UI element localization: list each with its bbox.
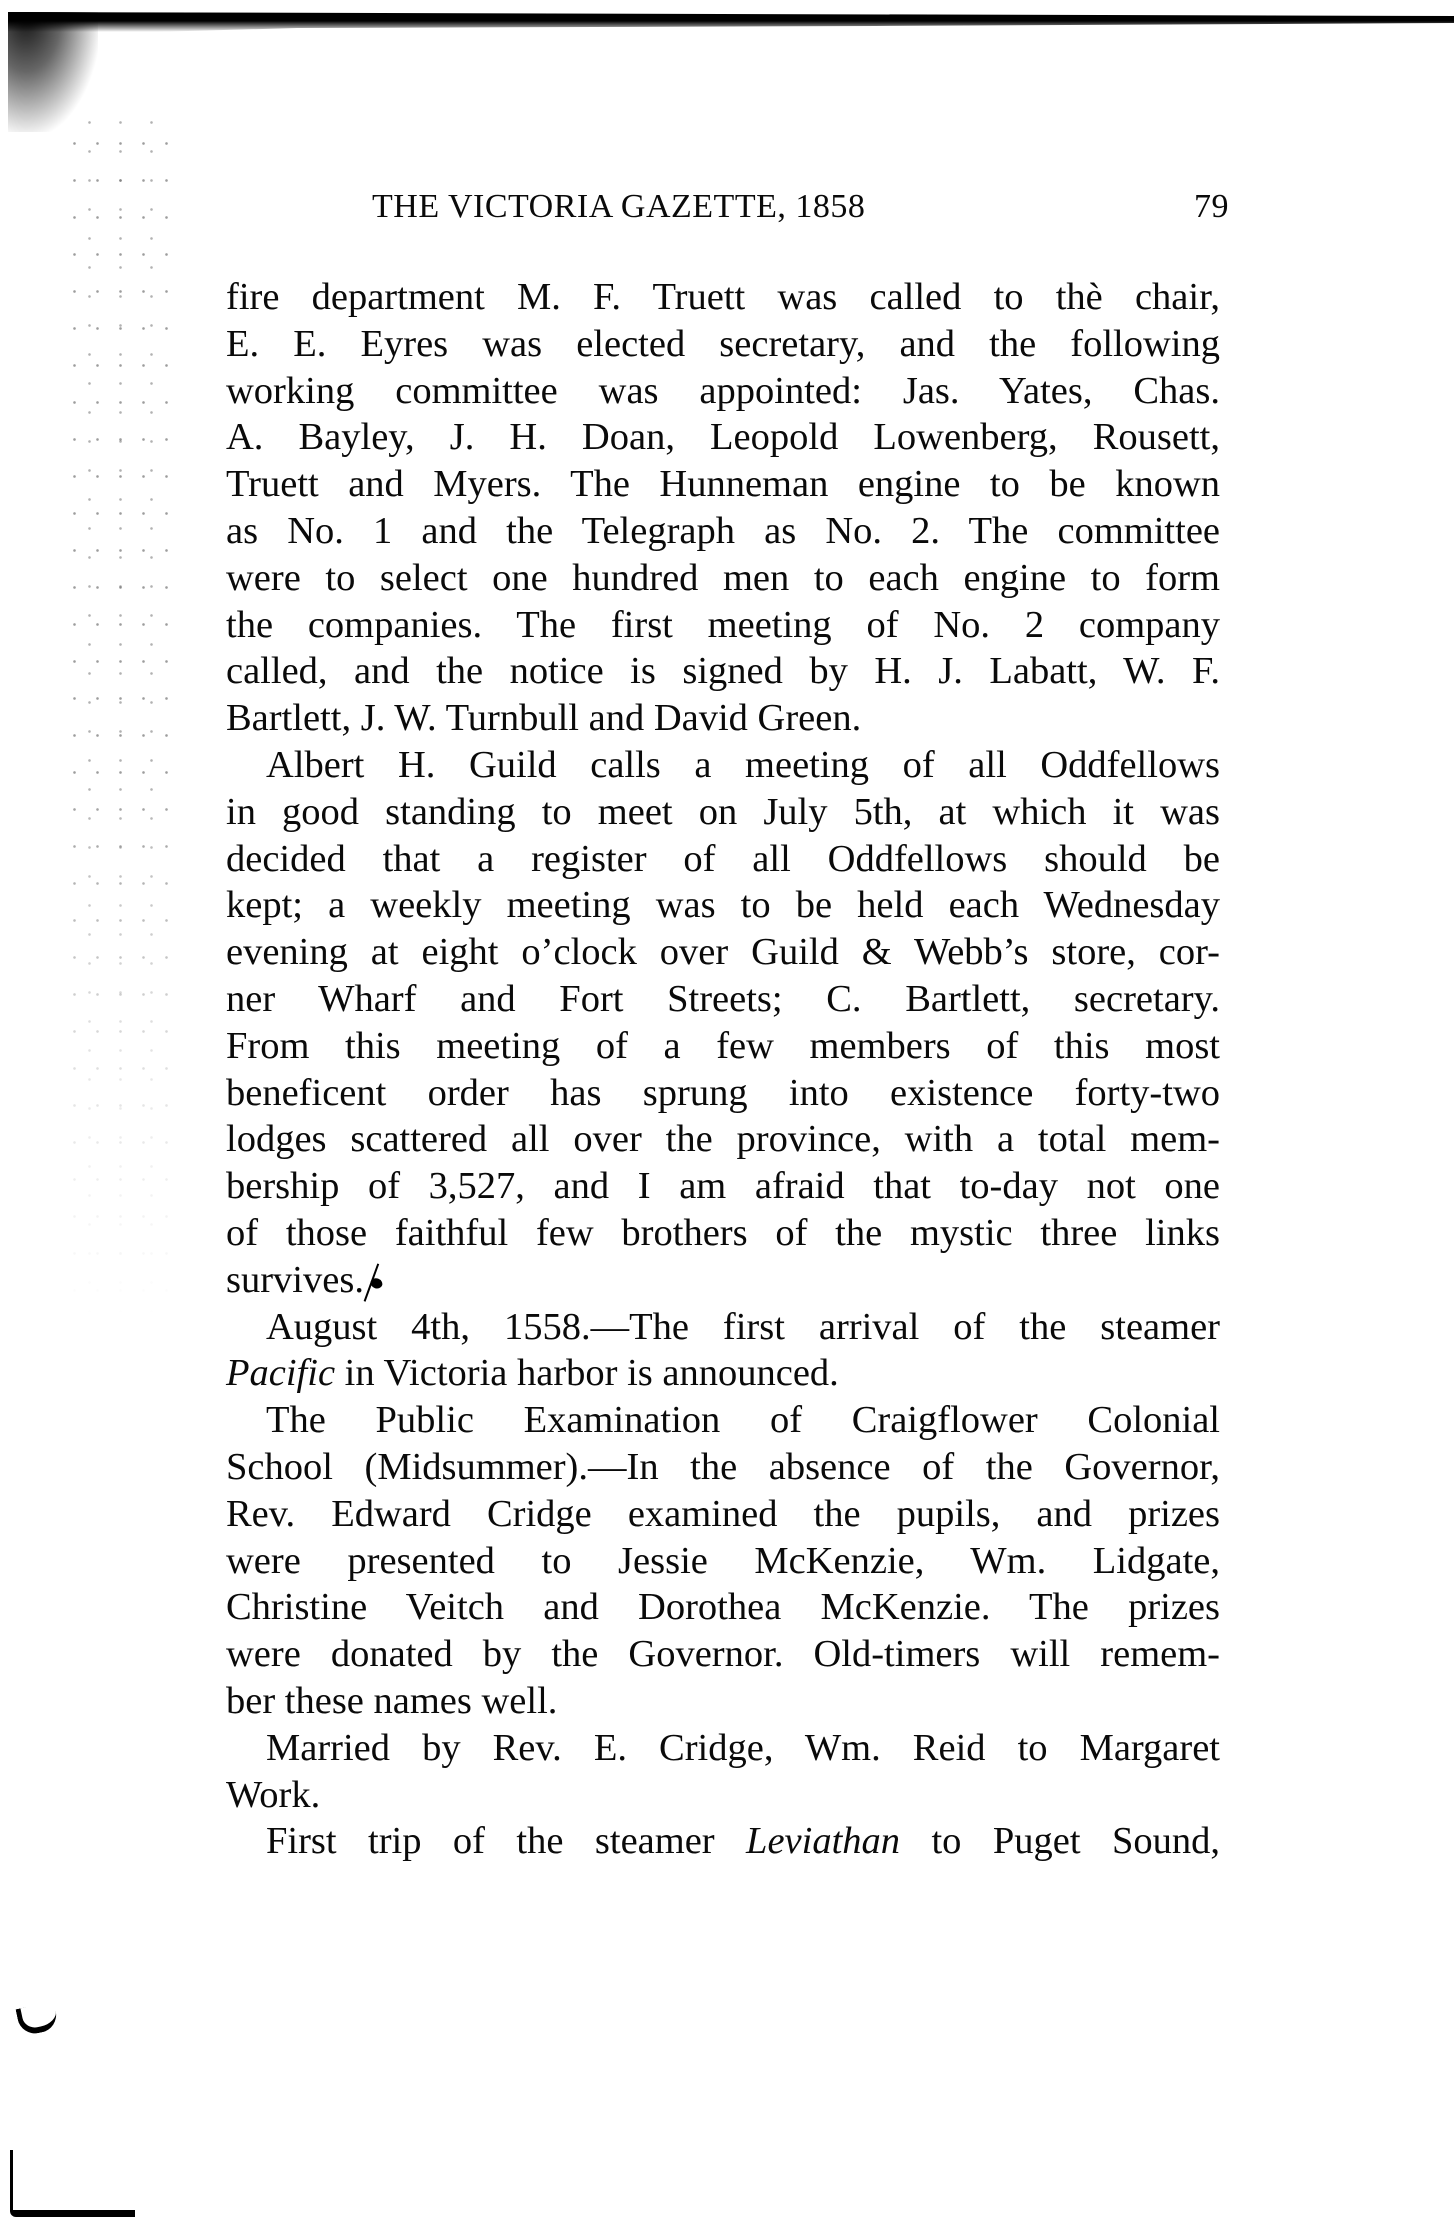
text-line: were to select one hundred men to each e…	[226, 555, 1220, 602]
text-line: ner Wharf and Fort Streets; C. Bartlett,…	[226, 976, 1220, 1023]
scan-corner-shadow	[8, 12, 98, 132]
text-line: decided that a register of all Oddfellow…	[226, 836, 1220, 883]
text-line: the companies. The first meeting of No. …	[226, 602, 1220, 649]
text-line: School (Midsummer).—In the absence of th…	[226, 1444, 1220, 1491]
running-header: THE VICTORIA GAZETTE, 1858 79	[372, 188, 1232, 232]
text-segment: Work.	[226, 1774, 320, 1816]
text-segment: to Puget Sound,	[900, 1820, 1220, 1862]
text-segment: First trip of the steamer	[266, 1820, 746, 1862]
scan-top-edge-shadow	[8, 12, 1454, 32]
text-segment: Bartlett, J. W. Turnbull and David Green…	[226, 697, 861, 739]
text-line: Christine Veitch and Dorothea McKenzie. …	[226, 1584, 1220, 1631]
text-line: fire department M. F. Truett was called …	[226, 274, 1220, 321]
text-segment: fire department M. F. Truett was called …	[226, 276, 1220, 318]
text-segment: ber these names well.	[226, 1680, 557, 1722]
running-title: THE VICTORIA GAZETTE, 1858	[372, 188, 865, 226]
text-line: of those faithful few brothers of the my…	[226, 1210, 1220, 1257]
text-line: Pacific in Victoria harbor is announced.	[226, 1350, 1220, 1397]
text-line: Married by Rev. E. Cridge, Wm. Reid to M…	[226, 1725, 1220, 1772]
text-line: in good standing to meet on July 5th, at…	[226, 789, 1220, 836]
text-line: called, and the notice is signed by H. J…	[226, 648, 1220, 695]
scan-ink-blot	[16, 2001, 60, 2036]
text-segment: The Public Examination of Craigflower Co…	[266, 1399, 1220, 1441]
text-segment: in Victoria harbor is announced.	[335, 1352, 839, 1394]
text-segment: evening at eight o’clock over Guild & We…	[226, 931, 1220, 973]
text-segment: August 4th, 1558.—The first arrival of t…	[266, 1306, 1220, 1348]
text-segment: called, and the notice is signed by H. J…	[226, 650, 1220, 692]
text-line: August 4th, 1558.—The first arrival of t…	[226, 1304, 1220, 1351]
text-segment: kept; a weekly meeting was to be held ea…	[226, 884, 1220, 926]
text-segment: in good standing to meet on July 5th, at…	[226, 791, 1220, 833]
text-segment: working committee was appointed: Jas. Ya…	[226, 370, 1220, 412]
text-line: survives.	[226, 1257, 1220, 1304]
text-segment: E. E. Eyres was elected secretary, and t…	[226, 323, 1220, 365]
text-line: Albert H. Guild calls a meeting of all O…	[226, 742, 1220, 789]
text-segment: From this meeting of a few members of th…	[226, 1025, 1220, 1067]
text-line: working committee was appointed: Jas. Ya…	[226, 368, 1220, 415]
text-segment: were presented to Jessie McKenzie, Wm. L…	[226, 1540, 1220, 1582]
text-line: Work.	[226, 1772, 1220, 1819]
text-line: as No. 1 and the Telegraph as No. 2. The…	[226, 508, 1220, 555]
text-line: Bartlett, J. W. Turnbull and David Green…	[226, 695, 1220, 742]
text-segment: were to select one hundred men to each e…	[226, 557, 1220, 599]
text-segment: survives.	[226, 1259, 364, 1301]
text-line: Rev. Edward Cridge examined the pupils, …	[226, 1491, 1220, 1538]
text-segment: Married by Rev. E. Cridge, Wm. Reid to M…	[266, 1727, 1220, 1769]
text-line: lodges scattered all over the province, …	[226, 1116, 1220, 1163]
text-line: were presented to Jessie McKenzie, Wm. L…	[226, 1538, 1220, 1585]
text-line: ber these names well.	[226, 1678, 1220, 1725]
text-line: A. Bayley, J. H. Doan, Leopold Lowenberg…	[226, 414, 1220, 461]
text-segment: Rev. Edward Cridge examined the pupils, …	[226, 1493, 1220, 1535]
text-line: were donated by the Governor. Old-timers…	[226, 1631, 1220, 1678]
text-segment: bership of 3,527, and I am afraid that t…	[226, 1165, 1220, 1207]
text-segment: Truett and Myers. The Hunneman engine to…	[226, 463, 1220, 505]
text-segment: beneficent order has sprung into existen…	[226, 1072, 1220, 1114]
text-line: The Public Examination of Craigflower Co…	[226, 1397, 1220, 1444]
text-segment: the companies. The first meeting of No. …	[226, 604, 1220, 646]
text-line: E. E. Eyres was elected secretary, and t…	[226, 321, 1220, 368]
text-segment: ner Wharf and Fort Streets; C. Bartlett,…	[226, 978, 1220, 1020]
italic-ship-name: Leviathan	[746, 1820, 900, 1862]
text-segment: lodges scattered all over the province, …	[226, 1118, 1220, 1160]
text-line: Truett and Myers. The Hunneman engine to…	[226, 461, 1220, 508]
text-segment: decided that a register of all Oddfellow…	[226, 838, 1220, 880]
page-body-text: fire department M. F. Truett was called …	[226, 274, 1220, 1865]
text-line: First trip of the steamer Leviathan to P…	[226, 1818, 1220, 1865]
text-segment: Albert H. Guild calls a meeting of all O…	[266, 744, 1220, 786]
scan-bottom-corner-edge	[10, 2150, 135, 2217]
text-line: bership of 3,527, and I am afraid that t…	[226, 1163, 1220, 1210]
text-line: From this meeting of a few members of th…	[226, 1023, 1220, 1070]
page-number: 79	[1194, 188, 1229, 226]
text-segment: A. Bayley, J. H. Doan, Leopold Lowenberg…	[226, 416, 1220, 458]
scan-margin-specks	[60, 120, 170, 1320]
text-line: beneficent order has sprung into existen…	[226, 1070, 1220, 1117]
text-segment: School (Midsummer).—In the absence of th…	[226, 1446, 1220, 1488]
text-line: evening at eight o’clock over Guild & We…	[226, 929, 1220, 976]
text-segment: as No. 1 and the Telegraph as No. 2. The…	[226, 510, 1220, 552]
text-line: kept; a weekly meeting was to be held ea…	[226, 882, 1220, 929]
text-segment: Christine Veitch and Dorothea McKenzie. …	[226, 1586, 1220, 1628]
text-segment: were donated by the Governor. Old-timers…	[226, 1633, 1220, 1675]
italic-ship-name: Pacific	[226, 1352, 335, 1394]
text-segment: of those faithful few brothers of the my…	[226, 1212, 1220, 1254]
